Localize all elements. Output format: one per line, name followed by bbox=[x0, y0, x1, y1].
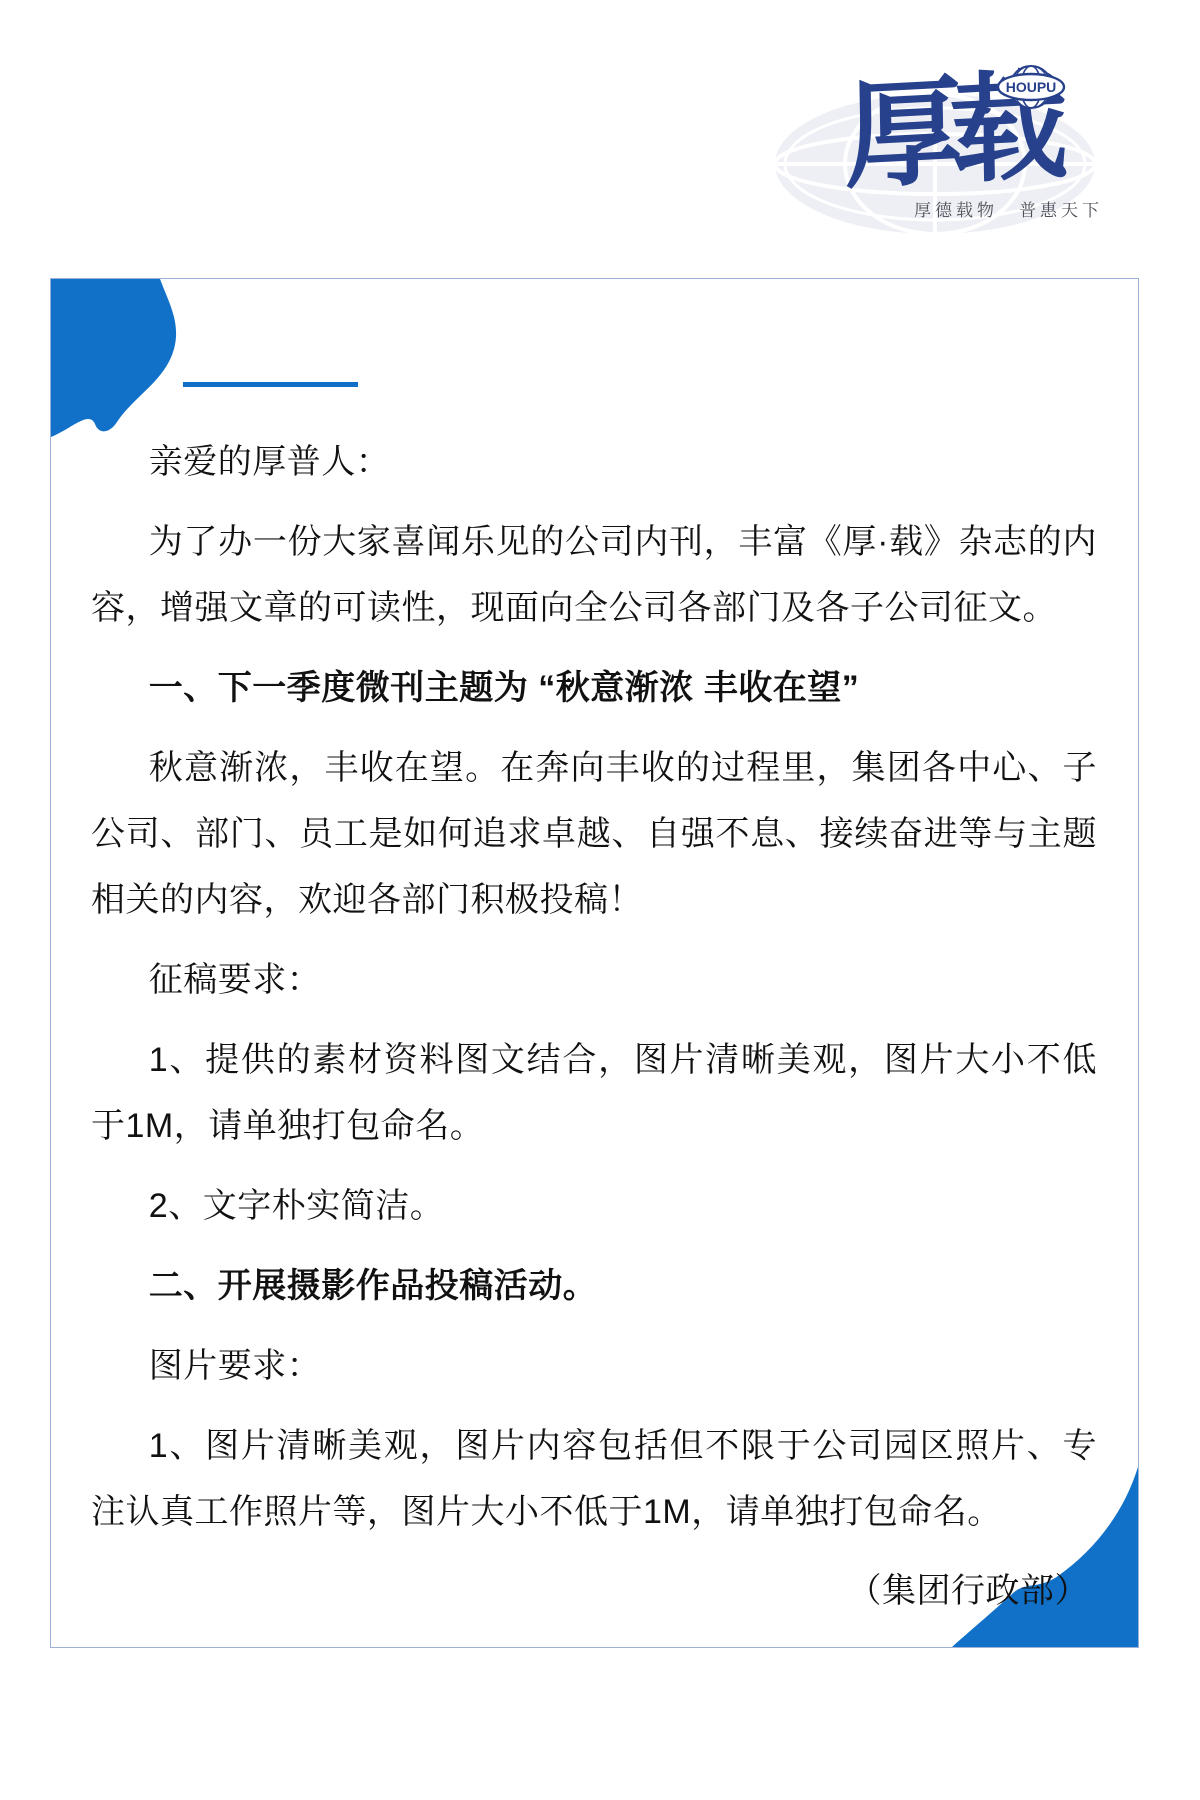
letter-frame: 亲爱的厚普人： 为了办一份大家喜闻乐见的公司内刊，丰富《厚·载》杂志的内容，增强… bbox=[50, 278, 1139, 1648]
submission-requirements-label: 征稿要求： bbox=[91, 947, 1097, 1013]
company-logo: 厚载 HOUPU 厚德载物 普惠天下 bbox=[770, 50, 1100, 225]
signature: （集团行政部） bbox=[91, 1567, 1097, 1617]
houpu-globe-badge-icon: HOUPU bbox=[994, 64, 1068, 110]
photo-requirements-label: 图片要求： bbox=[91, 1333, 1097, 1399]
badge-text: HOUPU bbox=[1006, 79, 1057, 95]
salutation: 亲爱的厚普人： bbox=[91, 429, 1097, 495]
accent-line bbox=[183, 382, 358, 387]
requirement-item-2: 2、文字朴实简洁。 bbox=[91, 1173, 1097, 1239]
logo-tagline: 厚德载物 普惠天下 bbox=[914, 196, 1103, 221]
notice-page: 厚载 HOUPU 厚德载物 普惠天下 亲爱的厚普人： 为了办一份大家喜闻乐见的公… bbox=[0, 0, 1200, 1800]
requirement-item-1: 1、提供的素材资料图文结合，图片清晰美观，图片大小不低于1M，请单独打包命名。 bbox=[91, 1027, 1097, 1159]
letter-body: 亲爱的厚普人： 为了办一份大家喜闻乐见的公司内刊，丰富《厚·载》杂志的内容，增强… bbox=[91, 429, 1097, 1631]
photo-requirement-item-1: 1、图片清晰美观，图片内容包括但不限于公司园区照片、专注认真工作照片等，图片大小… bbox=[91, 1413, 1097, 1545]
section-one-heading: 一、下一季度微刊主题为 “秋意渐浓 丰收在望” bbox=[91, 655, 1097, 721]
theme-paragraph: 秋意渐浓，丰收在望。在奔向丰收的过程里，集团各中心、子公司、部门、员工是如何追求… bbox=[91, 735, 1097, 933]
section-two-heading: 二、开展摄影作品投稿活动。 bbox=[91, 1253, 1097, 1319]
intro-paragraph: 为了办一份大家喜闻乐见的公司内刊，丰富《厚·载》杂志的内容，增强文章的可读性，现… bbox=[91, 509, 1097, 641]
